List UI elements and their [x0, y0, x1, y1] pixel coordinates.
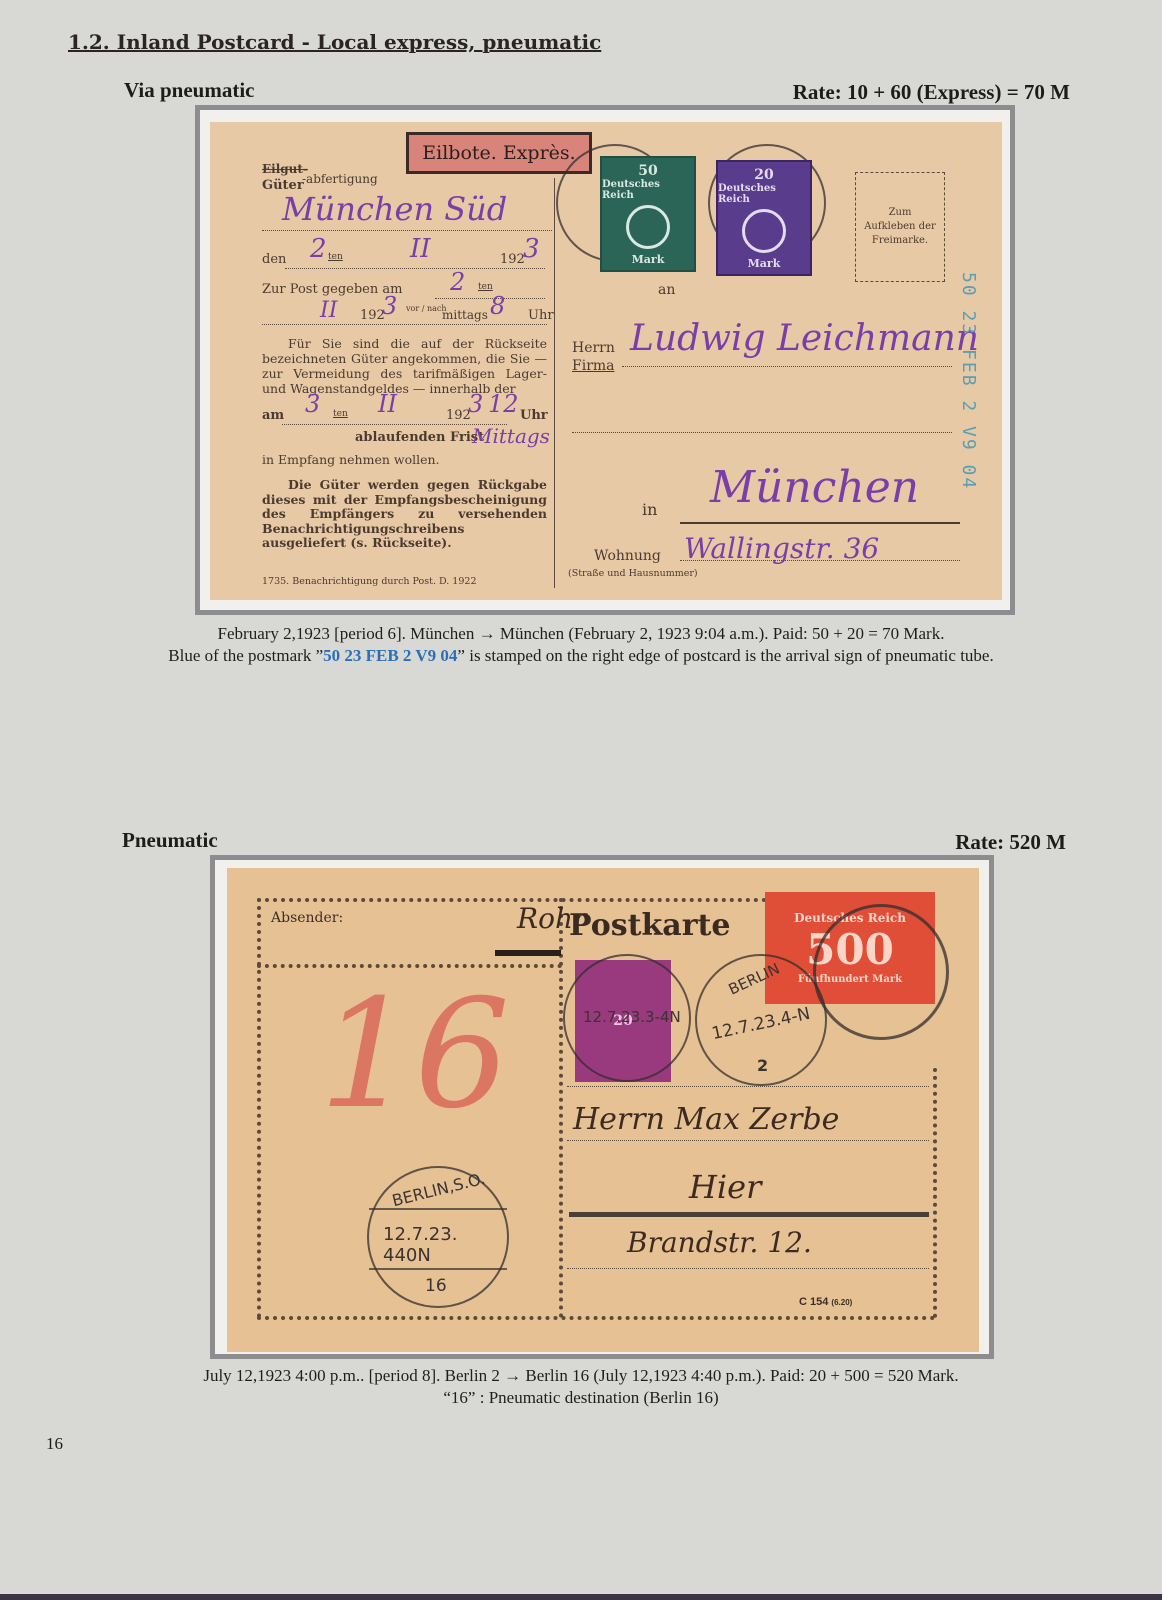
- form-footer: 1735. Benachrichtigung durch Post. D. 19…: [262, 576, 477, 587]
- stamp2-unit: Mark: [748, 257, 781, 270]
- arrival-postmark-city: BERLIN,S.O.: [390, 1169, 487, 1210]
- caption-postmark-highlight: 50 23 FEB 2 V9 04: [323, 646, 457, 665]
- item1-caption-line2: Blue of the postmark ”50 23 FEB 2 V9 04”…: [0, 646, 1162, 666]
- hand-mittags: Mittags: [472, 424, 550, 448]
- stamp-box: Zum Aufkleben der Freimarke.: [855, 172, 945, 282]
- am-year: 3: [468, 390, 483, 418]
- item1-frame: Eilbote. Exprès. Eilgut- Güter -abfertig…: [195, 105, 1015, 615]
- stamp1-text: Deutsches Reich: [602, 179, 694, 201]
- den-year-prefix: 192: [500, 252, 525, 267]
- hand-destination-number: 16: [319, 968, 510, 1142]
- post-hour: 8: [490, 292, 505, 320]
- postmark-berlin-3: [813, 904, 949, 1040]
- hand-addressee: Herrn Max Zerbe: [573, 1102, 839, 1137]
- caption-text: ” is stamped on the right edge of postca…: [457, 646, 993, 665]
- arrival-postmark-berlin-16: BERLIN,S.O. 12.7.23. 440N 16: [367, 1166, 509, 1308]
- stamp2-value: 20: [754, 167, 773, 183]
- postmark-berlin-2: BERLIN 12.7.23.4-N 2: [695, 954, 827, 1086]
- firma-label: Firma: [572, 358, 615, 374]
- post-year: 3: [382, 292, 397, 320]
- postmark2-city: BERLIN: [726, 959, 783, 998]
- city-underline: [680, 522, 960, 524]
- wohnung-label: Wohnung: [594, 548, 661, 564]
- caption-text: Blue of the postmark ”: [168, 646, 323, 665]
- in-label: in: [642, 500, 657, 519]
- blue-arrival-postmark: 50 23 FEB 2 V9 04: [958, 272, 979, 490]
- stamp-20-mark: 20 Deutsches Reich Mark: [716, 160, 812, 276]
- ten-label: ten: [328, 252, 343, 262]
- notice-paragraph: Für Sie sind die auf der Rückseite bezei…: [262, 336, 547, 396]
- item2-caption-line2: “16” : Pneumatic destination (Berlin 16): [0, 1388, 1162, 1408]
- posthorn-icon: [742, 209, 786, 253]
- form-code-number: C 154: [799, 1296, 828, 1308]
- item2-postcard: Absender: Rohr Postkarte 16 20 Deutsches…: [227, 868, 979, 1352]
- stamp2-text: Deutsches Reich: [718, 183, 810, 205]
- postkarte-title: Postkarte: [569, 908, 730, 943]
- stamp1-value: 50: [638, 163, 657, 179]
- stamp-50-mark: 50 Deutsches Reich Mark: [600, 156, 696, 272]
- am-day: 3: [305, 390, 320, 418]
- hand-office: München Süd: [282, 190, 507, 228]
- hand-city: Hier: [689, 1168, 761, 1206]
- express-label: Eilbote. Exprès.: [406, 132, 592, 174]
- hand-city: München: [710, 462, 919, 513]
- item1-caption-line1: February 2,1923 [period 6]. München → Mü…: [0, 624, 1162, 644]
- uhr-label-2: Uhr: [520, 408, 548, 423]
- absender-label: Absender:: [271, 910, 343, 926]
- item1-subtitle: Via pneumatic: [124, 78, 254, 103]
- den-label: den: [262, 252, 286, 267]
- mittags-label: mittags: [442, 308, 488, 322]
- den-month: II: [410, 234, 431, 264]
- herrn-label: Herrn: [572, 340, 615, 356]
- bottom-edge: [0, 1594, 1162, 1600]
- empfang-label: in Empfang nehmen wollen.: [262, 452, 440, 467]
- post-month: II: [320, 298, 337, 323]
- section-title: 1.2. Inland Postcard - Local express, pn…: [68, 30, 601, 54]
- den-year: 3: [523, 234, 540, 264]
- arrival-postmark-date: 12.7.23. 440N: [383, 1224, 507, 1266]
- postmark-berlin-1: 12.7.23.3-4N: [563, 954, 691, 1082]
- form-code-date: (6.20): [831, 1298, 852, 1307]
- ten-label-3: ten: [333, 409, 348, 419]
- column-divider: [554, 178, 555, 588]
- uhr-label: Uhr: [528, 308, 554, 323]
- an-label: an: [658, 282, 675, 298]
- postmark1-date: 12.7.23.3-4N: [583, 1008, 681, 1026]
- form-code: C 154 (6.20): [799, 1296, 852, 1308]
- ten-label-2: ten: [478, 282, 493, 292]
- item2-frame: Absender: Rohr Postkarte 16 20 Deutsches…: [210, 855, 994, 1359]
- address-bar: [569, 1212, 929, 1217]
- item2-subtitle: Pneumatic: [122, 828, 218, 853]
- ablaufenden-label: ablaufenden Frist: [355, 430, 484, 445]
- postmark2-date: 12.7.23.4-N: [710, 1004, 812, 1044]
- post-day: 2: [450, 268, 465, 296]
- item1-postcard: Eilbote. Exprès. Eilgut- Güter -abfertig…: [210, 122, 1002, 600]
- item1-rate: Rate: 10 + 60 (Express) = 70 M: [793, 80, 1070, 105]
- wohnung-sublabel: (Straße und Hausnummer): [568, 568, 698, 579]
- hand-recipient: Ludwig Leichmann: [630, 318, 979, 359]
- item2-rate: Rate: 520 M: [955, 830, 1066, 855]
- arrival-postmark-office: 16: [425, 1276, 447, 1296]
- stamp1-unit: Mark: [632, 253, 665, 266]
- posthorn-icon: [626, 205, 670, 249]
- abfertigung-label: -abfertigung: [302, 172, 378, 186]
- postmark2-office: 2: [757, 1056, 768, 1075]
- rohr-underline: [495, 950, 561, 956]
- vor-nach-label: vor / nach: [406, 304, 447, 313]
- hand-street: Brandstr. 12.: [627, 1226, 812, 1259]
- am-label: am: [262, 408, 284, 423]
- item2-caption-line1: July 12,1923 4:00 p.m.. [period 8]. Berl…: [0, 1366, 1162, 1386]
- am-hour: 12: [488, 390, 519, 418]
- am-month: II: [378, 390, 397, 418]
- page-number: 16: [46, 1434, 63, 1454]
- delivery-paragraph: Die Güter werden gegen Rückgabe dieses m…: [262, 478, 547, 551]
- den-day: 2: [310, 234, 327, 264]
